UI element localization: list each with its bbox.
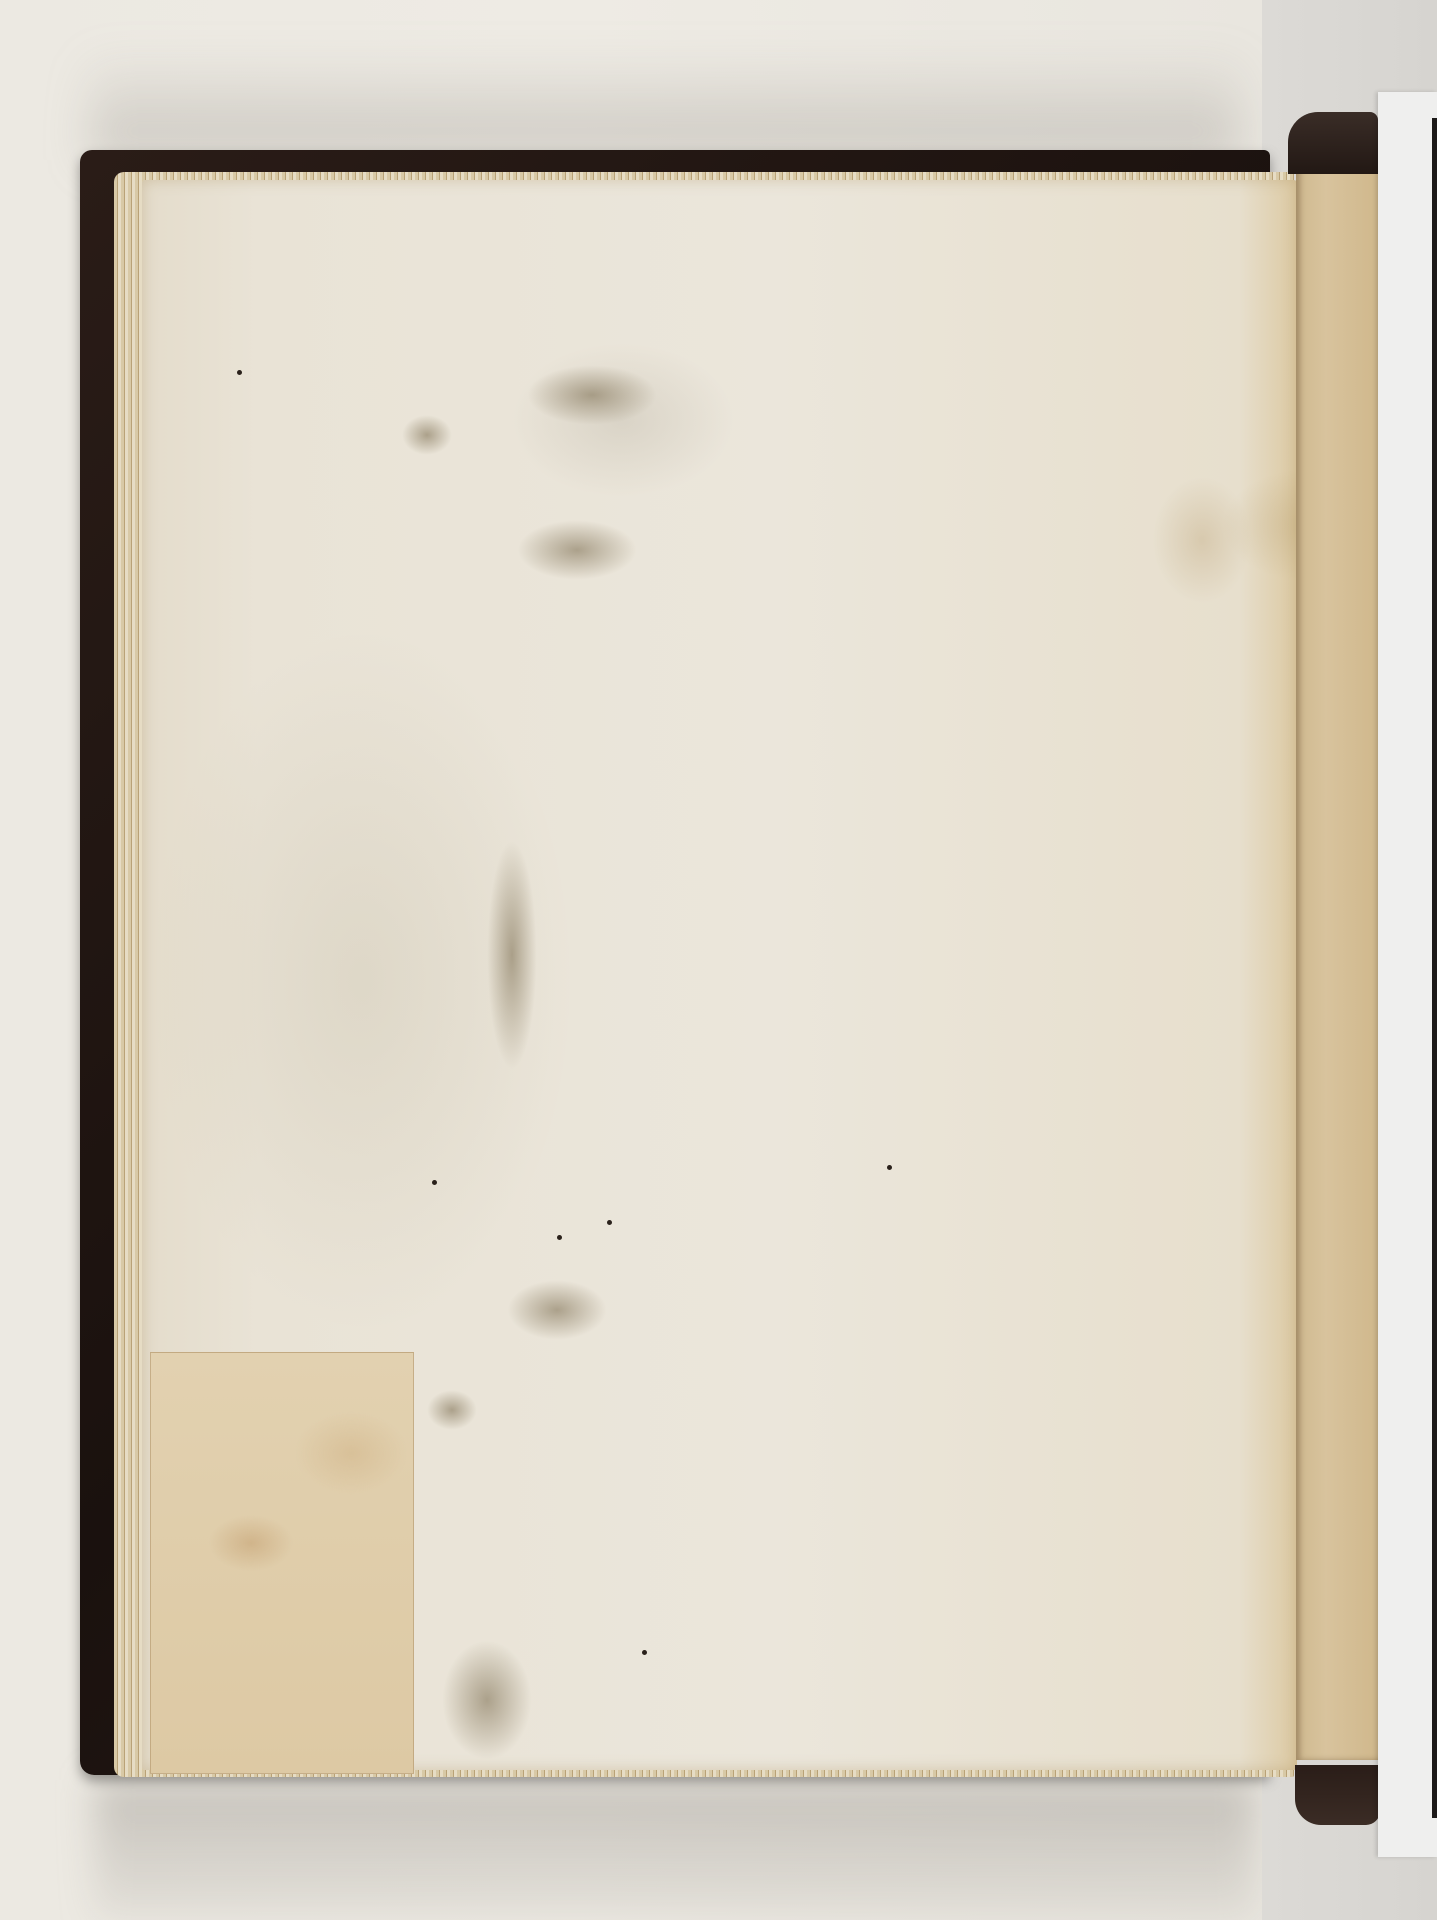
ink-speck <box>887 1165 892 1170</box>
thumb-smudge-2 <box>402 415 452 455</box>
vertical-smudge <box>487 840 537 1070</box>
thumb-smudge-6 <box>442 1640 532 1760</box>
thumb-smudge-4 <box>507 1280 607 1340</box>
spine-tailcap <box>1295 1765 1380 1825</box>
thumb-smudge-1 <box>527 365 657 425</box>
ink-speck <box>432 1180 437 1185</box>
ink-speck <box>557 1235 562 1240</box>
spine-headcap <box>1288 112 1378 174</box>
bottom-shadow <box>95 1780 1255 1920</box>
top-shadow <box>90 60 1240 160</box>
thumb-smudge-3 <box>517 520 637 580</box>
ink-speck <box>642 1650 647 1655</box>
support-card-edge <box>1432 118 1437 1818</box>
thumb-smudge-5 <box>427 1390 477 1430</box>
white-support-card <box>1378 92 1437 1857</box>
ink-speck <box>237 370 242 375</box>
ink-speck <box>607 1220 612 1225</box>
paste-down-remnant <box>150 1352 414 1774</box>
